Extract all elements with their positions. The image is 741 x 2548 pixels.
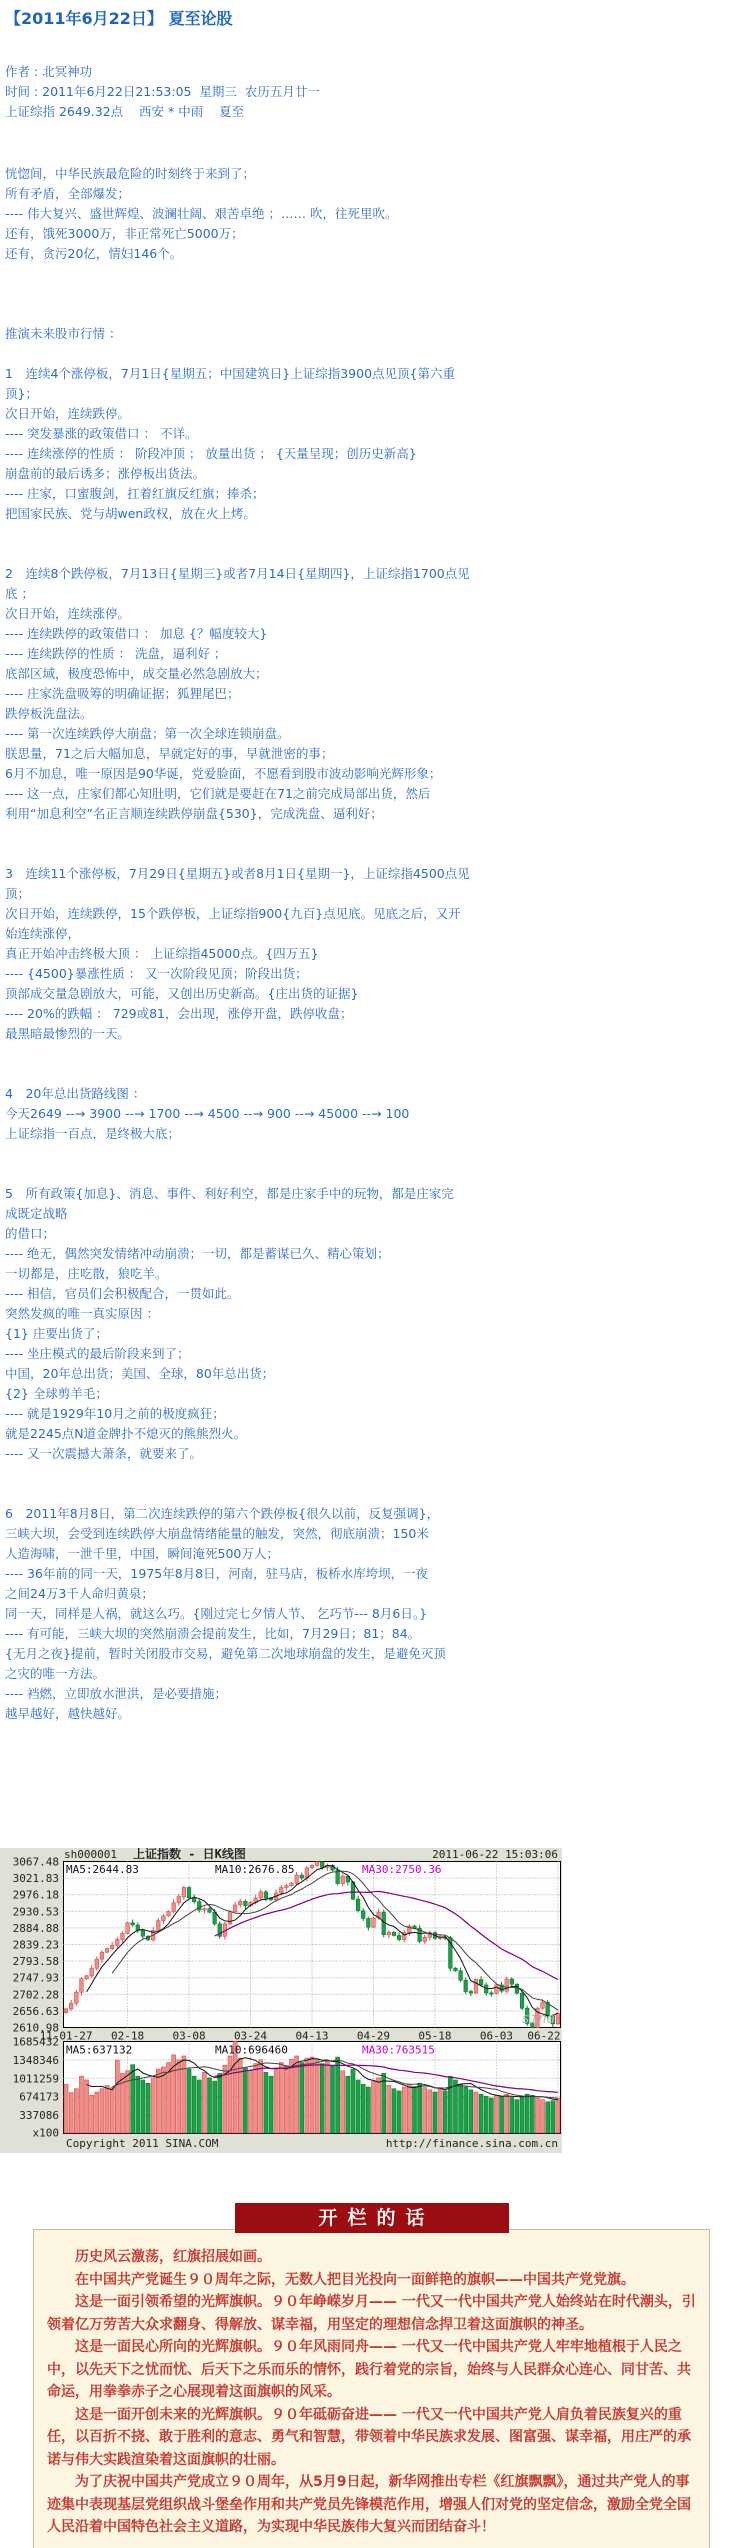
article-line: 3 连续11个涨停板，7月29日{星期五}或者8月1日{星期一}，上证综指450…: [5, 864, 741, 884]
box-paragraph: 在中国共产党诞生９０周年之际，无数人把目光投向一面鲜艳的旗帜——中国共产党党旗。: [47, 2269, 696, 2292]
article-line: 朕思量，71之后大幅加息，早就定好的事，早就泄密的事；: [5, 744, 741, 764]
blank-line: [5, 1484, 741, 1504]
svg-text:06-22: 06-22: [527, 2030, 560, 2043]
article-line: 6月不加息，唯一原因是90华诞，党爱脸面，不愿看到股市波动影响光辉形象；: [5, 764, 741, 784]
svg-text:2656.63: 2656.63: [13, 2005, 59, 2018]
price-ma-labels: MA5:2644.83MA10:2676.85MA30:2750.36: [66, 1863, 441, 1876]
svg-text:03-08: 03-08: [172, 2030, 205, 2043]
article-line: 就是2245点N道金牌扑不熄灭的熊熊烈火。: [5, 1424, 741, 1444]
svg-text:2976.18: 2976.18: [13, 1889, 59, 1902]
svg-text:674173: 674173: [19, 2091, 59, 2104]
blank-line: [5, 344, 741, 364]
article-line: 利用“加息利空”名正言顺连续跌停崩盘{530}，完成洗盘、逼利好；: [5, 804, 741, 824]
article-line: 恍惚间，中华民族最危险的时刻终于来到了；: [5, 164, 741, 184]
article-line: ---- 裆燃，立即放水泄洪，是必要措施；: [5, 1684, 741, 1704]
article-line: 次日开始，连续跌停，15个跌停板，上证综指900{九百}点见底。见底之后，又开: [5, 904, 741, 924]
column-intro-box: 开栏的话 历史风云激荡，红旗招展如画。在中国共产党诞生９０周年之际，无数人把目光…: [33, 2203, 710, 2548]
article-line: 今天2649 --→ 3900 --→ 1700 --→ 4500 --→ 90…: [5, 1104, 741, 1124]
article-line: ---- 连续涨停的性质 ： 阶段冲顶 ； 放量出货 ； {天量呈现；创历史新高…: [5, 444, 741, 464]
article-line: 所有矛盾，全部爆发；: [5, 184, 741, 204]
article-line: 跌停板洗盘法。: [5, 704, 741, 724]
page-title: 【2011年6月22日】 夏至论股: [5, 8, 741, 30]
article-meta: 作者 : 北冥神功 时间 : 2011年6月22日21:53:05 星期三 农历…: [5, 62, 741, 122]
box-paragraph: 这是一面引领希望的光辉旗帜。９０年峥嵘岁月—— 一代又一代中国共产党人始终站在时…: [47, 2291, 696, 2336]
article-line: 始连续涨停，: [5, 924, 741, 944]
blank-line: [5, 544, 741, 564]
svg-text:02-18: 02-18: [111, 2030, 144, 2043]
box-paragraph: 为了庆祝中国共产党成立９０周年，从5月9日起，新华网推出专栏《红旗飘飘》，通过共…: [47, 2471, 696, 2539]
chart-copyright: Copyright 2011 SINA.COM: [66, 2137, 219, 2150]
kline-chart-image: 3067.483021.832976.182930.532884.882839.…: [0, 1848, 741, 2153]
box-paragraph: 历史风云激荡，红旗招展如画。: [47, 2246, 696, 2269]
article-line: 的借口；: [5, 1224, 741, 1244]
blank-line: [5, 304, 741, 324]
chart-symbol: sh000001: [64, 1848, 117, 1861]
blank-line: [5, 1064, 741, 1084]
blank-line: [5, 1464, 741, 1484]
article-line: ---- 相信，官员们会积极配合，一贯如此。: [5, 1284, 741, 1304]
article-line: 之灾的唯一方法。: [5, 1664, 741, 1684]
article-line: 次日开始，连续跌停。: [5, 404, 741, 424]
article-line: ---- 就是1929年10月之前的极度疯狂；: [5, 1404, 741, 1424]
sina-watermark: sina: [521, 2011, 555, 2027]
article-line: 顶部成交量急剧放大，可能，又创出历史新高。{庄出货的证据}: [5, 984, 741, 1004]
article-line: 中国，20年总出货；美国、全球，80年总出货；: [5, 1364, 741, 1384]
article-line: 5 所有政策{加息}、消息、事件、利好利空，都是庄家手中的玩物，都是庄家完: [5, 1184, 741, 1204]
svg-text:2747.93: 2747.93: [13, 1972, 59, 1985]
svg-text:3067.48: 3067.48: [13, 1856, 59, 1869]
article-line: ---- 坐庄模式的最后阶段来到了；: [5, 1344, 741, 1364]
box-body: 历史风云激荡，红旗招展如画。在中国共产党诞生９０周年之际，无数人把目光投向一面鲜…: [33, 2229, 710, 2548]
article-line: ---- 连续跌停的性质 ： 洗盘，逼利好 ；: [5, 644, 741, 664]
box-paragraph: 这是一面民心所向的光辉旗帜。９０年风雨同舟—— 一代又一代中国共产党人牢牢地植根…: [47, 2336, 696, 2404]
article-line: 底部区域，极度恐怖中，成交量必然急剧放大；: [5, 664, 741, 684]
blank-line: [5, 1144, 741, 1164]
article-line: 之间24万3千人命归黄泉；: [5, 1584, 741, 1604]
article-line: 2 连续8个跌停板，7月13日{星期三}或者7月14日{星期四}，上证综指170…: [5, 564, 741, 584]
svg-text:2884.88: 2884.88: [13, 1922, 59, 1935]
article-line: 真正开始冲击终极大顶 ： 上证综指45000点。{四万五}: [5, 944, 741, 964]
article-line: 4 20年总出货路线图 ：: [5, 1084, 741, 1104]
svg-text:2793.58: 2793.58: [13, 1955, 59, 1968]
article-line: 上证综指一百点，是终极大底；: [5, 1124, 741, 1144]
svg-text:MA30:763515: MA30:763515: [362, 2044, 435, 2057]
article-line: 三峡大坝，会受到连续跌停大崩盘情绪能量的触发，突然，彻底崩溃；150米: [5, 1524, 741, 1544]
article-line: ---- 连续跌停的政策借口 ： 加息 {？幅度较大}: [5, 624, 741, 644]
article-line: ---- 伟大复兴、盛世辉煌、波澜壮阔、艰苦卓绝 ；…… 吹，往死里吹。: [5, 204, 741, 224]
article-line: 底 ；: [5, 584, 741, 604]
article-line: ---- 36年前的同一天，1975年8月8日，河南，驻马店，板桥水库垮坝，一夜: [5, 1564, 741, 1584]
article-line: ---- 这一点，庄家们都心知肚明，它们就是要赶在71之前完成局部出货，然后: [5, 784, 741, 804]
svg-text:1348346: 1348346: [13, 2054, 59, 2067]
meta-time: 时间 : 2011年6月22日21:53:05 星期三 农历五月廿一: [5, 82, 741, 102]
svg-text:2930.53: 2930.53: [13, 1905, 59, 1918]
svg-text:04-13: 04-13: [295, 2030, 328, 2043]
blank-line: [5, 824, 741, 844]
meta-index: 上证综指 2649.32点 西安 * 中雨 夏至: [5, 102, 741, 122]
volume-axis-labels: 168543213483461011259674173337086: [13, 2036, 59, 2123]
article-line: ---- 绝无，偶然突发情绪冲动崩溃；一切，都是蓄谋已久、精心策划；: [5, 1244, 741, 1264]
article-line: {无月之夜}提前，暂时关闭股市交易，避免第二次地球崩盘的发生，是避免灭顶: [5, 1644, 741, 1664]
article-line: 越早越好，越快越好。: [5, 1704, 741, 1724]
svg-text:MA10:696460: MA10:696460: [215, 2044, 288, 2057]
article-line: ---- 有可能，三峡大坝的突然崩溃会提前发生，比如，7月29日；81；84。: [5, 1624, 741, 1644]
article-line: ---- 第一次连续跌停大崩盘；第一次全球连锁崩盘。: [5, 724, 741, 744]
box-paragraph: 这是一面开创未来的光辉旗帜。９０年砥砺奋进—— 一代又一代中国共产党人肩负着民族…: [47, 2404, 696, 2472]
page: 【2011年6月22日】 夏至论股 作者 : 北冥神功 时间 : 2011年6月…: [0, 0, 741, 2548]
article-line: 成既定战略: [5, 1204, 741, 1224]
blank-line: [5, 284, 741, 304]
blank-line: [5, 1164, 741, 1184]
article-line: 次日开始，连续涨停。: [5, 604, 741, 624]
article-line: ---- 20%的跌幅 ： 729或81，会出现，涨停开盘，跌停收盘；: [5, 1004, 741, 1024]
article-line: 顶；: [5, 884, 741, 904]
svg-text:337086: 337086: [19, 2109, 59, 2122]
article-line: ---- 庄家洗盘吸筹的明确证据；狐狸尾巴；: [5, 684, 741, 704]
chart-datetime: 2011-06-22 15:03:06: [432, 1848, 558, 1861]
svg-text:11-01-27: 11-01-27: [40, 2030, 93, 2043]
article-line: {2} 全球剪羊毛；: [5, 1384, 741, 1404]
svg-text:04-29: 04-29: [357, 2030, 390, 2043]
chart-title: 上证指数 - 日K线图: [133, 1848, 246, 1861]
article-line: 突然发疯的唯一真实原因 ：: [5, 1304, 741, 1324]
stock-chart: 3067.483021.832976.182930.532884.882839.…: [0, 1848, 741, 2153]
article-line: 还有，贪污20亿，情妇146个。: [5, 244, 741, 264]
meta-author: 作者 : 北冥神功: [5, 62, 741, 82]
article-line: 最黑暗最惨烈的一天。: [5, 1024, 741, 1044]
svg-text:2702.28: 2702.28: [13, 1988, 59, 2001]
article-line: ---- 又一次震撼大萧条，就要来了。: [5, 1444, 741, 1464]
volume-ma-labels: MA5:637132MA10:696460MA30:763515: [66, 2044, 435, 2057]
svg-text:1011259: 1011259: [13, 2072, 59, 2085]
article: 【2011年6月22日】 夏至论股 作者 : 北冥神功 时间 : 2011年6月…: [0, 0, 741, 1724]
article-line: 1 连续4个涨停板，7月1日{星期五；中国建筑日}上证综指3900点见顶{第六重: [5, 364, 741, 384]
blank-line: [5, 264, 741, 284]
blank-line: [5, 524, 741, 544]
article-line: {1} 庄要出货了；: [5, 1324, 741, 1344]
date-axis-labels: 11-01-2702-1803-0803-2404-1304-2905-1806…: [40, 2030, 561, 2043]
svg-text:MA5:637132: MA5:637132: [66, 2044, 132, 2057]
svg-text:05-18: 05-18: [418, 2030, 451, 2043]
article-line: 顶}；: [5, 384, 741, 404]
svg-text:03-24: 03-24: [234, 2030, 267, 2043]
volume-unit-label: x100: [33, 2127, 60, 2140]
article-line: 推演未来股市行情 ：: [5, 324, 741, 344]
chart-url: http://finance.sina.com.cn: [386, 2137, 558, 2150]
article-line: 还有，饿死3000万，非正常死亡5000万；: [5, 224, 741, 244]
article-line: ---- {4500}暴涨性质 ： 又一次阶段见顶；阶段出货；: [5, 964, 741, 984]
box-header: 开栏的话: [235, 2203, 509, 2233]
blank-line: [5, 1044, 741, 1064]
price-axis-labels: 3067.483021.832976.182930.532884.882839.…: [13, 1856, 59, 2035]
article-line: 人造海啸，一泄千里，中国，瞬间淹死500万人；: [5, 1544, 741, 1564]
svg-text:2839.23: 2839.23: [13, 1939, 59, 1952]
svg-text:MA5:2644.83: MA5:2644.83: [66, 1863, 139, 1876]
svg-text:06-03: 06-03: [480, 2030, 513, 2043]
article-line: 同一天，同样是人祸，就这么巧。{刚过完七夕情人节、 乞巧节--- 8月6日。}: [5, 1604, 741, 1624]
article-line: 6 2011年8月8日，第二次连续跌停的第六个跌停板{很久以前，反复强调}，: [5, 1504, 741, 1524]
kline-chart-svg: 3067.483021.832976.182930.532884.882839.…: [0, 1848, 562, 2153]
article-line: 一切都是，庄吃散，狼吃羊。: [5, 1264, 741, 1284]
article-line: 把国家民族、党与胡wen政权，放在火上烤。: [5, 504, 741, 524]
article-body: 恍惚间，中华民族最危险的时刻终于来到了；所有矛盾，全部爆发；---- 伟大复兴、…: [5, 164, 741, 1724]
blank-line: [5, 844, 741, 864]
svg-text:MA10:2676.85: MA10:2676.85: [215, 1863, 294, 1876]
article-line: ---- 庄家，口蜜腹剑，扛着红旗反红旗；捧杀；: [5, 484, 741, 504]
svg-text:MA30:2750.36: MA30:2750.36: [362, 1863, 441, 1876]
svg-text:3021.83: 3021.83: [13, 1872, 59, 1885]
article-line: 崩盘前的最后诱多；涨停板出货法。: [5, 464, 741, 484]
article-line: ---- 突发暴涨的政策借口 ： 不详。: [5, 424, 741, 444]
